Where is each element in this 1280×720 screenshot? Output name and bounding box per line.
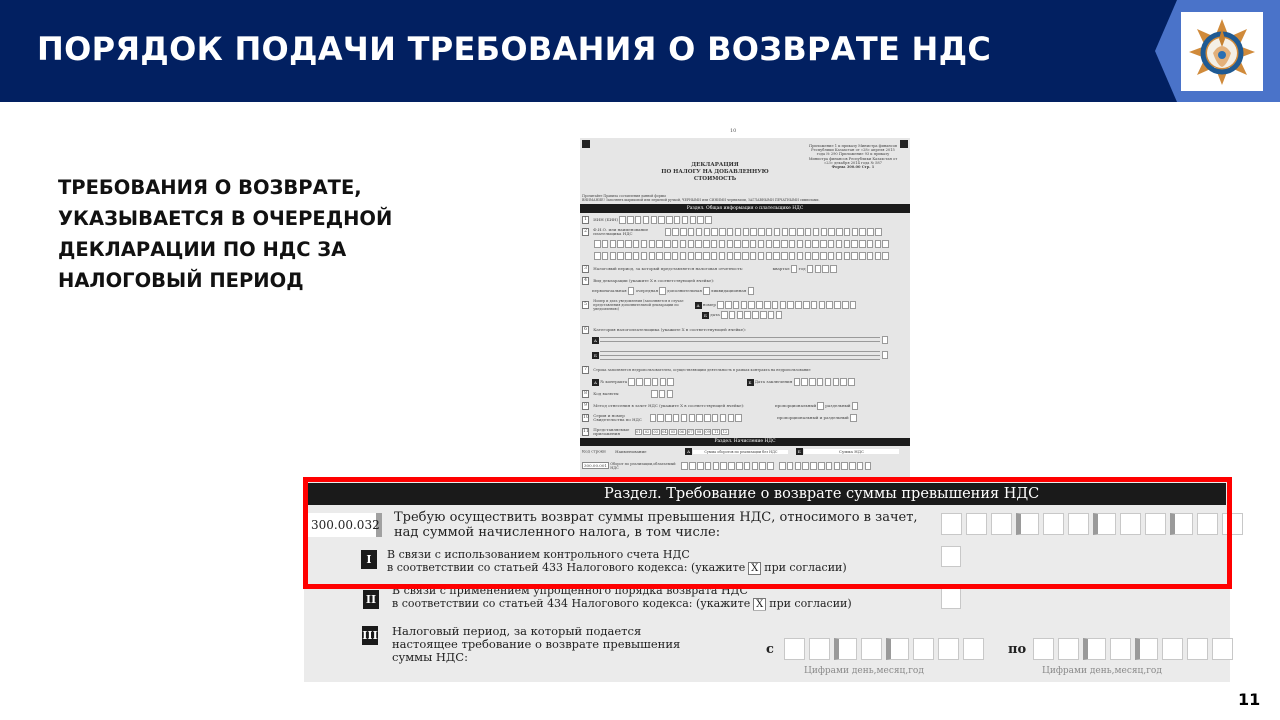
decl-row-4-options: первоначальная очередная дополнительная …: [592, 287, 910, 295]
input-cell[interactable]: [656, 240, 663, 248]
decl-row-6-a: A: [592, 336, 910, 344]
input-cell[interactable]: [882, 240, 889, 248]
option-label: раздельный: [825, 403, 850, 408]
input-cell[interactable]: [727, 228, 734, 236]
input-cell[interactable]: [656, 252, 663, 260]
badge-a: A: [685, 448, 692, 455]
appendix-item[interactable]: 08: [695, 429, 703, 435]
input-cell[interactable]: [852, 228, 859, 236]
input-cell[interactable]: [744, 311, 751, 319]
input-cell[interactable]: [633, 252, 640, 260]
period-to-label: по: [1008, 642, 1026, 657]
input-cell[interactable]: [865, 462, 872, 470]
quarter-label: квартал: [773, 266, 790, 271]
checkbox[interactable]: [748, 287, 755, 295]
input-cell[interactable]: [697, 216, 704, 224]
input-cell[interactable]: [787, 462, 794, 470]
input-cell[interactable]: [805, 228, 812, 236]
input-cell[interactable]: [667, 378, 674, 386]
input-cell[interactable]: [886, 638, 909, 660]
input-cell[interactable]: [712, 414, 719, 422]
input-cell[interactable]: [1058, 638, 1079, 660]
input-cell[interactable]: [744, 462, 751, 470]
decl-row-9: 9 Метод отнесения в зачет НДС (укажите X…: [582, 402, 908, 410]
input-cell[interactable]: [1083, 638, 1106, 660]
input-cell[interactable]: [836, 252, 843, 260]
input-cell[interactable]: [750, 252, 757, 260]
input-cell[interactable]: [815, 265, 822, 273]
slide-header: ПОРЯДОК ПОДАЧИ ТРЕБОВАНИЯ О ВОЗВРАТЕ НДС: [0, 0, 1280, 102]
input-cell[interactable]: [833, 378, 840, 386]
input-cell[interactable]: [784, 638, 805, 660]
input-cell[interactable]: [782, 228, 789, 236]
col-code: Код строки: [582, 449, 606, 454]
input-cell[interactable]: [703, 252, 710, 260]
input-cell[interactable]: [836, 228, 843, 236]
cells: [594, 252, 889, 260]
input-cell[interactable]: [719, 252, 726, 260]
input-cell[interactable]: [644, 378, 651, 386]
appendix-item[interactable]: 05: [669, 429, 677, 435]
input-cell[interactable]: [682, 216, 689, 224]
input-cell[interactable]: [727, 252, 734, 260]
input-cell[interactable]: [766, 228, 773, 236]
input-cell[interactable]: [633, 240, 640, 248]
input-cell[interactable]: [636, 378, 643, 386]
checkbox[interactable]: [628, 287, 635, 295]
row-label: Ф.И.О. или наименование плательщика НДС: [593, 228, 663, 236]
row-label: Представляемые приложения: [593, 428, 633, 436]
input-cell[interactable]: [641, 252, 648, 260]
input-cell[interactable]: [602, 252, 609, 260]
input-cell[interactable]: [651, 216, 658, 224]
contract-label: № контракта: [600, 379, 627, 384]
decl-row-3: 3 Налоговый период, за который представл…: [582, 265, 908, 273]
input-cell[interactable]: [1162, 638, 1183, 660]
input-cell[interactable]: [809, 638, 830, 660]
input-cell[interactable]: [812, 240, 819, 248]
input-cell[interactable]: [766, 252, 773, 260]
input-cell[interactable]: [875, 252, 882, 260]
input-cell[interactable]: [737, 311, 744, 319]
input-cell[interactable]: [641, 240, 648, 248]
input-cell[interactable]: [680, 252, 687, 260]
input-cell[interactable]: [938, 638, 959, 660]
input-cell[interactable]: [789, 252, 796, 260]
input-cell[interactable]: [764, 301, 771, 309]
input-cell[interactable]: [627, 216, 634, 224]
lead-statement: ТРЕБОВАНИЯ О ВОЗВРАТЕ, УКАЗЫВАЕТСЯ В ОЧЕ…: [58, 172, 418, 296]
input-cell[interactable]: [821, 228, 828, 236]
input-cell[interactable]: [767, 462, 774, 470]
input-cell[interactable]: [651, 390, 658, 398]
input-cell[interactable]: [705, 462, 712, 470]
input-cell[interactable]: [727, 240, 734, 248]
input-cell[interactable]: [617, 240, 624, 248]
input-cell[interactable]: [789, 240, 796, 248]
cells: [594, 240, 889, 248]
input-cell[interactable]: [758, 240, 765, 248]
input-cell[interactable]: [735, 228, 742, 236]
input-cell[interactable]: [826, 301, 833, 309]
input-cell[interactable]: [851, 240, 858, 248]
input-cell[interactable]: [773, 252, 780, 260]
input-cell[interactable]: [811, 301, 818, 309]
input-cell[interactable]: [875, 240, 882, 248]
input-cell[interactable]: [861, 638, 882, 660]
input-cell[interactable]: [625, 240, 632, 248]
appendix-item[interactable]: 09: [704, 429, 712, 435]
input-cell[interactable]: [736, 462, 743, 470]
decl-row-10: 10 Серия и номер Свидетельства по НДС пр…: [582, 414, 908, 422]
input-cell[interactable]: [672, 228, 679, 236]
input-cell[interactable]: [844, 228, 851, 236]
input-cell[interactable]: [748, 287, 755, 295]
input-cell[interactable]: [780, 301, 787, 309]
input-cell[interactable]: [750, 240, 757, 248]
row-label: Налоговый период, за который представляе…: [593, 266, 743, 271]
checkbox[interactable]: [659, 287, 666, 295]
input-cell[interactable]: [836, 240, 843, 248]
item-iii-badge: III: [362, 626, 378, 645]
input-cell[interactable]: [768, 311, 775, 319]
input-cell[interactable]: [848, 378, 855, 386]
appendix-item[interactable]: 01: [635, 429, 643, 435]
badge-a: A: [695, 302, 702, 309]
input-cell[interactable]: [664, 240, 671, 248]
input-cell[interactable]: [680, 228, 687, 236]
input-cell[interactable]: [1135, 638, 1158, 660]
row-label: Код валюты: [593, 391, 618, 396]
input-cell[interactable]: [659, 287, 666, 295]
input-cell[interactable]: [703, 287, 710, 295]
input-cell[interactable]: [720, 462, 727, 470]
checkbox[interactable]: [850, 414, 857, 422]
input-cell[interactable]: [766, 240, 773, 248]
input-cell[interactable]: [713, 462, 720, 470]
conclusion-date-label: Дата заключения: [755, 379, 792, 384]
input-cell[interactable]: [704, 414, 711, 422]
input-cell[interactable]: [725, 301, 732, 309]
input-cell[interactable]: [787, 301, 794, 309]
input-cell[interactable]: [797, 228, 804, 236]
tax-committee-emblem-icon: [1181, 12, 1263, 91]
appendix-item[interactable]: 12: [721, 429, 729, 435]
input-cell[interactable]: [619, 216, 626, 224]
input-cell[interactable]: [820, 240, 827, 248]
period-to-hint: Цифрами день,месяц,год: [1042, 666, 1162, 676]
input-cell[interactable]: [681, 462, 688, 470]
input-cell[interactable]: [809, 378, 816, 386]
row-number: 3: [582, 265, 589, 273]
input-cell[interactable]: [875, 228, 882, 236]
row-number: 1: [582, 216, 589, 224]
input-cell[interactable]: [840, 378, 847, 386]
input-cell[interactable]: [658, 216, 665, 224]
input-cell[interactable]: [711, 252, 718, 260]
checkbox[interactable]: [703, 287, 710, 295]
input-cell[interactable]: [834, 301, 841, 309]
input-cell[interactable]: [795, 462, 802, 470]
input-cell[interactable]: [719, 228, 726, 236]
input-cell[interactable]: [822, 265, 829, 273]
input-cell[interactable]: [688, 228, 695, 236]
input-cell[interactable]: [650, 414, 657, 422]
input-cell[interactable]: [817, 378, 824, 386]
input-cell[interactable]: [696, 414, 703, 422]
input-cell[interactable]: [830, 265, 837, 273]
input-cell[interactable]: [729, 311, 736, 319]
input-cell[interactable]: [672, 240, 679, 248]
appendix-item[interactable]: 03: [652, 429, 660, 435]
input-cell[interactable]: [834, 462, 841, 470]
input-cell[interactable]: [628, 378, 635, 386]
input-cell[interactable]: [734, 252, 741, 260]
checkbox[interactable]: [882, 336, 889, 344]
input-cell[interactable]: [704, 228, 711, 236]
input-cell[interactable]: [657, 414, 664, 422]
input-cell[interactable]: [801, 378, 808, 386]
row-label: Строка заполняется недропользователем, о…: [593, 368, 810, 372]
input-cell[interactable]: [695, 240, 702, 248]
input-cell[interactable]: [752, 462, 759, 470]
input-cell[interactable]: [813, 228, 820, 236]
decl-row-2-cont: [594, 240, 910, 248]
note-2: ВНИМАНИЕ! Заполнять шариковой или перьев…: [582, 198, 902, 202]
row-number: 4: [582, 277, 589, 285]
input-cell[interactable]: [859, 240, 866, 248]
row-number: 8: [582, 390, 589, 398]
input-cell[interactable]: [735, 414, 742, 422]
input-cell[interactable]: [659, 390, 666, 398]
input-cell[interactable]: [781, 252, 788, 260]
input-cell[interactable]: [852, 402, 859, 410]
input-cell[interactable]: [1212, 638, 1233, 660]
decl-row-11: 11 Представляемые приложения 01020304050…: [582, 428, 908, 436]
input-cell[interactable]: [674, 216, 681, 224]
input-cell[interactable]: [805, 240, 812, 248]
input-cell[interactable]: [758, 252, 765, 260]
period-to-cells[interactable]: [1033, 638, 1233, 660]
input-cell[interactable]: [695, 252, 702, 260]
cells: [717, 301, 856, 309]
input-cell[interactable]: [594, 240, 601, 248]
input-cell[interactable]: [797, 252, 804, 260]
input-cell[interactable]: [660, 378, 667, 386]
input-cell[interactable]: [810, 462, 817, 470]
declaration-title: ДЕКЛАРАЦИЯ ПО НАЛОГУ НА ДОБАВЛЕННУЮ СТОИ…: [640, 162, 790, 183]
input-cell[interactable]: [719, 240, 726, 248]
section-general-bar: Раздел. Общая информация о плательщике Н…: [580, 204, 910, 213]
slide-page-number: 11: [1238, 690, 1260, 709]
input-cell[interactable]: [802, 462, 809, 470]
badge-a: A: [592, 379, 599, 386]
input-cell[interactable]: [773, 240, 780, 248]
input-cell[interactable]: [781, 240, 788, 248]
input-cell[interactable]: [697, 462, 704, 470]
input-cell[interactable]: [779, 462, 786, 470]
input-cell[interactable]: [703, 240, 710, 248]
badge-b: Б: [747, 379, 754, 386]
input-cell[interactable]: [673, 414, 680, 422]
decl-row-8: 8 Код валюты: [582, 390, 908, 398]
input-cell[interactable]: [834, 638, 857, 660]
input-cell[interactable]: [812, 252, 819, 260]
input-cell[interactable]: [649, 252, 656, 260]
cells: [779, 462, 871, 470]
input-cell[interactable]: [819, 301, 826, 309]
input-cell[interactable]: [742, 252, 749, 260]
input-cell[interactable]: [1187, 638, 1208, 660]
input-cell[interactable]: [826, 462, 833, 470]
input-cell[interactable]: [828, 240, 835, 248]
input-cell[interactable]: [717, 301, 724, 309]
input-cell[interactable]: [689, 414, 696, 422]
input-cell[interactable]: [795, 301, 802, 309]
input-cell[interactable]: [867, 240, 874, 248]
input-cell[interactable]: [844, 240, 851, 248]
input-cell[interactable]: [851, 252, 858, 260]
date-label: дата: [710, 312, 719, 317]
input-cell[interactable]: [803, 301, 810, 309]
input-cell[interactable]: [752, 311, 759, 319]
year-label: год: [799, 266, 806, 271]
input-cell[interactable]: [664, 252, 671, 260]
input-cell[interactable]: [594, 252, 601, 260]
input-cell[interactable]: [882, 336, 889, 344]
input-cell[interactable]: [913, 638, 934, 660]
appendix-item[interactable]: 02: [643, 429, 651, 435]
input-cell[interactable]: [818, 462, 825, 470]
decl-row-4: 4 Вид декларации (укажите X в соответств…: [582, 277, 908, 285]
input-cell[interactable]: [828, 228, 835, 236]
input-cell[interactable]: [791, 265, 798, 273]
input-cell[interactable]: [688, 240, 695, 248]
input-cell[interactable]: [776, 311, 783, 319]
input-cell[interactable]: [628, 287, 635, 295]
input-cell[interactable]: [688, 252, 695, 260]
checkbox[interactable]: [852, 402, 859, 410]
input-cell[interactable]: [665, 228, 672, 236]
input-cell[interactable]: [850, 301, 857, 309]
input-cell[interactable]: [690, 216, 697, 224]
input-cell[interactable]: [720, 414, 727, 422]
input-cell[interactable]: [625, 252, 632, 260]
input-cell[interactable]: [859, 252, 866, 260]
checkbox[interactable]: [817, 402, 824, 410]
input-cell[interactable]: [963, 638, 984, 660]
input-cell[interactable]: [680, 240, 687, 248]
input-cell[interactable]: [825, 378, 832, 386]
input-cell[interactable]: [643, 216, 650, 224]
input-cell[interactable]: [652, 378, 659, 386]
input-cell[interactable]: [867, 252, 874, 260]
input-cell[interactable]: [859, 228, 866, 236]
appendix-item[interactable]: 06: [678, 429, 686, 435]
input-cell[interactable]: [772, 301, 779, 309]
input-cell[interactable]: [667, 390, 674, 398]
input-cell[interactable]: [842, 301, 849, 309]
input-cell[interactable]: [635, 216, 642, 224]
input-cell[interactable]: [689, 462, 696, 470]
input-cell[interactable]: [743, 228, 750, 236]
appendix-item[interactable]: 07: [687, 429, 695, 435]
input-cell[interactable]: [882, 351, 889, 359]
input-cell[interactable]: [733, 301, 740, 309]
input-cell[interactable]: [867, 228, 874, 236]
input-cell[interactable]: [741, 301, 748, 309]
input-cell[interactable]: [759, 462, 766, 470]
input-cell[interactable]: [610, 240, 617, 248]
input-cell[interactable]: [774, 228, 781, 236]
input-cell[interactable]: [711, 228, 718, 236]
input-cell[interactable]: [789, 228, 796, 236]
input-cell[interactable]: [672, 252, 679, 260]
decl-row-1: 1 ИИН (БИН): [582, 216, 908, 224]
cells: [651, 390, 673, 398]
option-label: дополнительная: [667, 288, 702, 293]
input-cell[interactable]: [817, 402, 824, 410]
input-cell[interactable]: [721, 311, 728, 319]
input-cell[interactable]: [748, 301, 755, 309]
option-label: первоначальная: [592, 288, 627, 293]
input-cell[interactable]: [820, 252, 827, 260]
appendix-item[interactable]: 04: [661, 429, 669, 435]
option-label: пропорциональный и раздельный: [777, 415, 849, 420]
input-cell[interactable]: [666, 216, 673, 224]
input-cell[interactable]: [857, 462, 864, 470]
decl-row-7-fields: A № контракта Б Дата заключения: [592, 378, 910, 386]
line-code: 300.00.001: [582, 462, 609, 469]
input-cell[interactable]: [711, 240, 718, 248]
calc-header: Код строки Наименование A Сумма оборотов…: [582, 448, 908, 455]
input-cell[interactable]: [1110, 638, 1131, 660]
input-cell[interactable]: [750, 228, 757, 236]
input-cell[interactable]: [760, 311, 767, 319]
input-cell[interactable]: [849, 462, 856, 470]
input-cell[interactable]: [617, 252, 624, 260]
decl-row-5-date: Б дата: [702, 311, 910, 319]
input-cell[interactable]: [758, 228, 765, 236]
input-cell[interactable]: [805, 252, 812, 260]
appendix-item[interactable]: 11: [712, 429, 720, 435]
input-cell[interactable]: [844, 252, 851, 260]
input-cell[interactable]: [734, 240, 741, 248]
input-cell[interactable]: [665, 414, 672, 422]
input-cell[interactable]: [797, 240, 804, 248]
input-cell[interactable]: [882, 252, 889, 260]
period-from-cells[interactable]: [784, 638, 984, 660]
input-cell[interactable]: [742, 240, 749, 248]
input-cell[interactable]: [850, 414, 857, 422]
input-cell[interactable]: [794, 378, 801, 386]
input-cell[interactable]: [681, 414, 688, 422]
input-cell[interactable]: [705, 216, 712, 224]
checkbox[interactable]: [882, 351, 889, 359]
input-cell[interactable]: [1033, 638, 1054, 660]
input-cell[interactable]: [728, 462, 735, 470]
input-cell[interactable]: [602, 240, 609, 248]
input-cell[interactable]: [756, 301, 763, 309]
input-cell[interactable]: [649, 240, 656, 248]
input-cell[interactable]: [807, 265, 814, 273]
input-cell[interactable]: [828, 252, 835, 260]
input-cell[interactable]: [728, 414, 735, 422]
input-cell[interactable]: [696, 228, 703, 236]
input-cell[interactable]: [841, 462, 848, 470]
input-cell[interactable]: [610, 252, 617, 260]
item-ii-checkbox[interactable]: [941, 588, 961, 609]
